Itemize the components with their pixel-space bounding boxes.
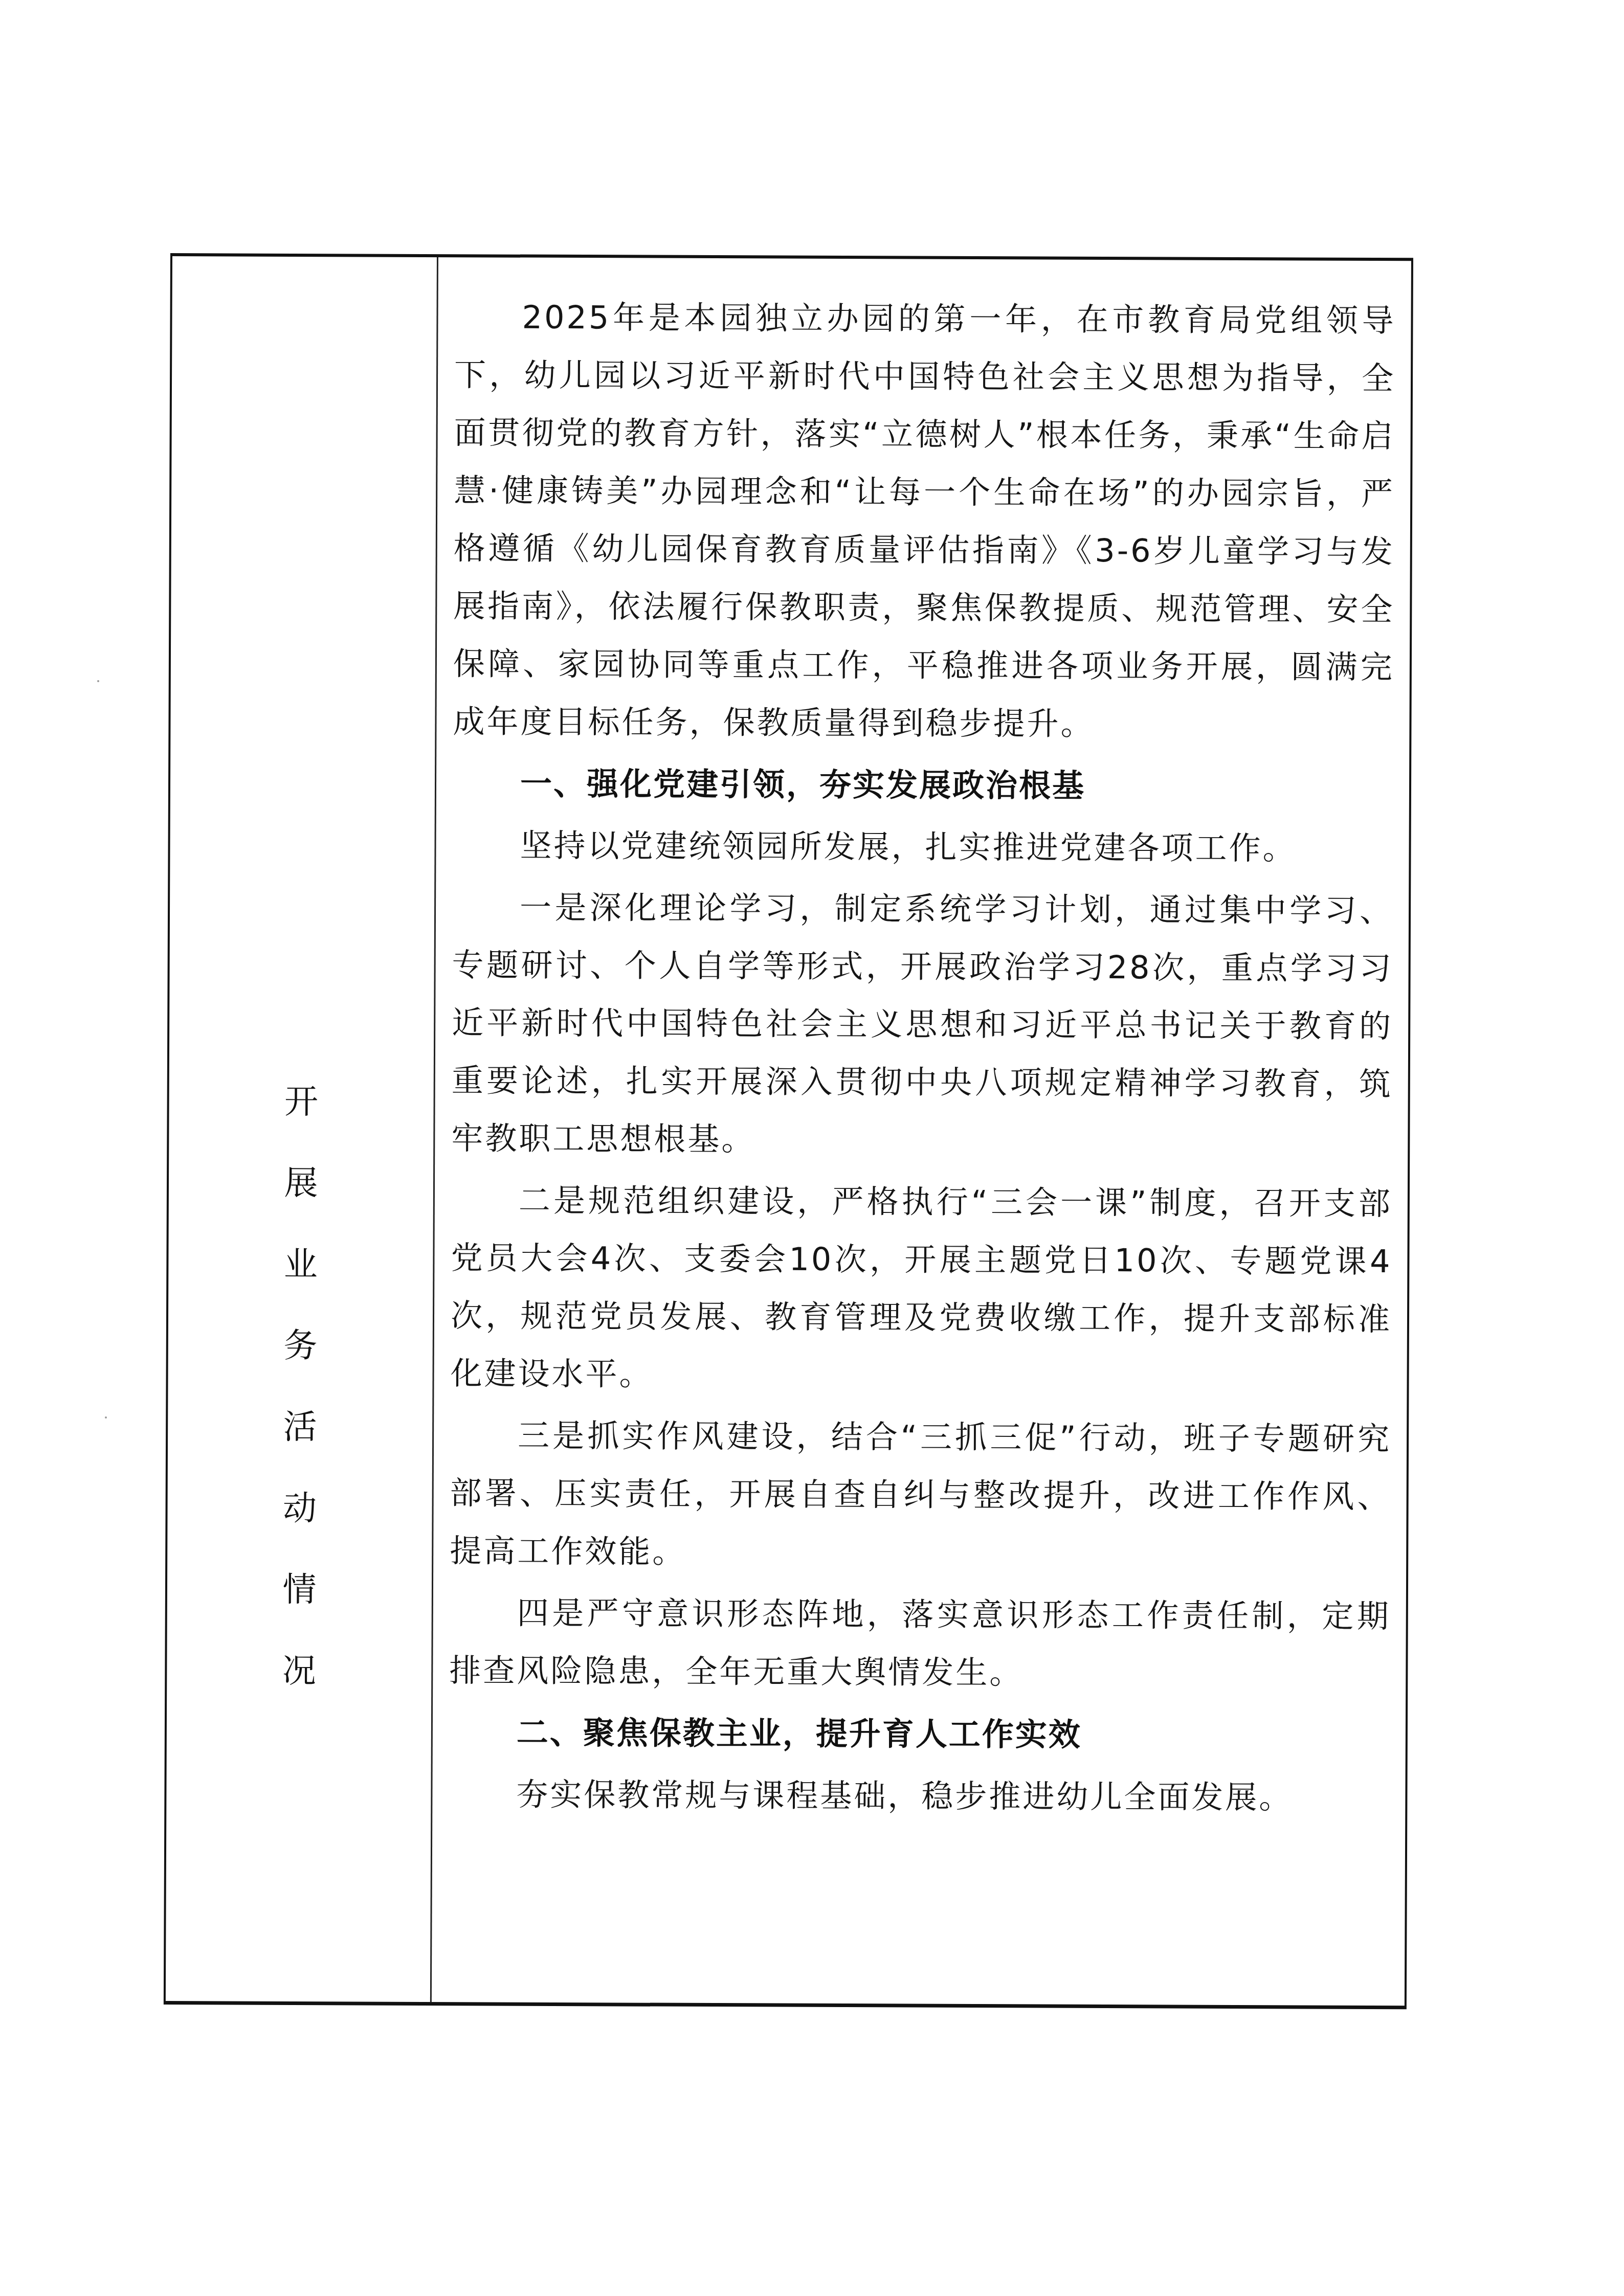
section-1-paragraph: 一是深化理论学习，制定系统学习计划，通过集中学习、专题研讨、个人自学等形式，开展… [451,878,1393,1170]
scan-speck [97,680,99,682]
label-char: 动 [283,1492,317,1525]
section-1-paragraph: 二是规范组织建设，严格执行“三会一课”制度，召开支部党员大会4次、支委会10次，… [450,1171,1392,1406]
section-heading-1: 一、强化党建引领，夯实发展政治根基 [453,754,1394,816]
document-page: 开 展 业 务 活 动 情 况 2025年是本园独立办园的第一年，在市教育局党组… [0,0,1624,2296]
label-char: 开 [284,1085,318,1119]
content-body: 2025年是本园独立办园的第一年，在市教育局党组领导下，幼儿园以习近平新时代中国… [449,288,1396,1827]
label-char: 展 [284,1166,318,1200]
scan-speck [105,1416,107,1419]
section-heading-2: 二、聚焦保教主业，提升育人工作实效 [449,1703,1390,1765]
report-table: 开 展 业 务 活 动 情 况 2025年是本园独立办园的第一年，在市教育局党组… [164,253,1413,2009]
label-char: 情 [282,1573,316,1607]
label-column-vertical-text: 开 展 业 务 活 动 情 况 [167,1085,434,1736]
content-cell: 2025年是本园独立办园的第一年，在市教育局党组领导下，幼儿园以习近平新时代中国… [432,257,1411,2006]
label-char: 况 [282,1654,316,1688]
intro-paragraph: 2025年是本园独立办园的第一年，在市教育局党组领导下，幼儿园以习近平新时代中国… [453,288,1395,754]
section-1-paragraph: 坚持以党建统领园所发展，扎实推进党建各项工作。 [452,816,1393,877]
label-char: 务 [283,1329,317,1363]
section-2-paragraph: 夯实保教常规与课程基础，稳步推进幼儿全面发展。 [449,1765,1390,1827]
section-1-paragraph: 四是严守意识形态阵地，落实意识形态工作责任制，定期排查风险隐患，全年无重大舆情发… [449,1584,1391,1703]
label-char: 活 [283,1410,317,1444]
label-char: 业 [284,1248,318,1281]
label-column-cell: 开 展 业 务 活 动 情 况 [166,256,438,2002]
section-1-paragraph: 三是抓实作风建设，结合“三抓三促”行动，班子专题研究部署、压实责任，开展自查自纠… [450,1406,1391,1583]
